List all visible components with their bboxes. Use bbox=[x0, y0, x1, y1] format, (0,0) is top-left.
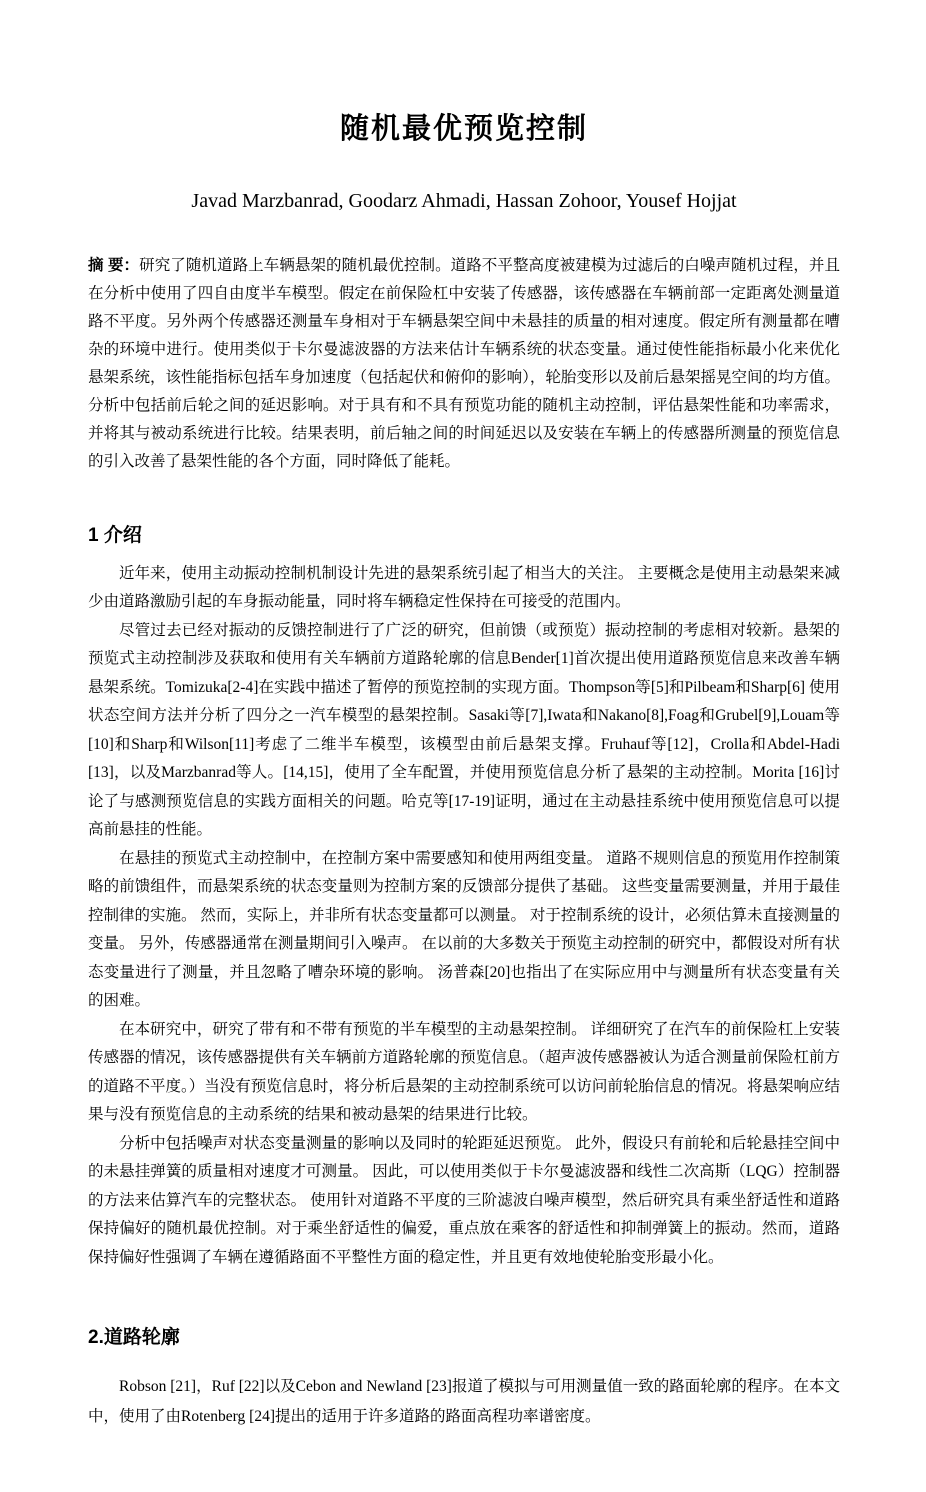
road-profile-paragraph: Robson [21]，Ruf [22]以及Cebon and Newland … bbox=[88, 1372, 840, 1432]
authors-line: Javad Marzbanrad, Goodarz Ahmadi, Hassan… bbox=[88, 189, 840, 214]
intro-paragraph-1: 近年来，使用主动振动控制机制设计先进的悬架系统引起了相当大的关注。 主要概念是使… bbox=[88, 560, 840, 617]
abstract-text: 研究了随机道路上车辆悬架的随机最优控制。道路不平整高度被建模为过滤后的白噪声随机… bbox=[88, 257, 840, 470]
section-2-heading: 2.道路轮廓 bbox=[88, 1326, 840, 1350]
section-1-heading: 1 介绍 bbox=[88, 524, 840, 548]
intro-paragraph-3: 在悬挂的预览式主动控制中，在控制方案中需要感知和使用两组变量。 道路不规则信息的… bbox=[88, 845, 840, 1016]
paper-title: 随机最优预览控制 bbox=[88, 112, 840, 147]
intro-paragraph-4: 在本研究中，研究了带有和不带有预览的半车模型的主动悬架控制。 详细研究了在汽车的… bbox=[88, 1016, 840, 1130]
abstract-paragraph: 摘 要：研究了随机道路上车辆悬架的随机最优控制。道路不平整高度被建模为过滤后的白… bbox=[88, 252, 840, 476]
intro-paragraph-5: 分析中包括噪声对状态变量测量的影响以及同时的轮距延迟预览。 此外，假设只有前轮和… bbox=[88, 1130, 840, 1273]
document-page: 随机最优预览控制 Javad Marzbanrad, Goodarz Ahmad… bbox=[0, 0, 926, 1492]
abstract-label: 摘 要： bbox=[88, 257, 139, 274]
intro-paragraph-2: 尽管过去已经对振动的反馈控制进行了广泛的研究，但前馈（或预览）振动控制的考虑相对… bbox=[88, 617, 840, 845]
